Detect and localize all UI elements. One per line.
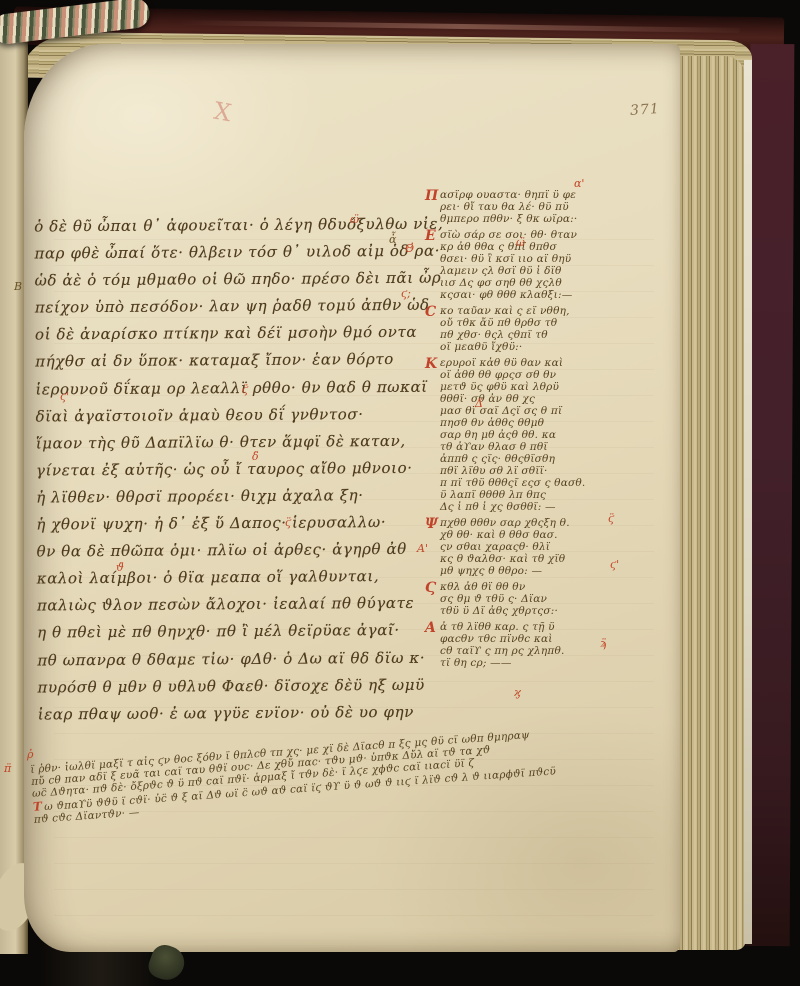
- scholion-initial: Ε: [425, 228, 436, 244]
- scholion-line: ςν σθαι χαραςθ· θλϊ: [440, 541, 640, 553]
- scholion-line: θμπερο πθθν· ξ θκ ωϊρα:·: [440, 213, 640, 225]
- scholion-block: Α ἀ τθ λϊθθ καρ. ς τῇ ϋ φαϲθν τθϲ πϊνθϲ …: [440, 621, 640, 669]
- scholion-line: ασϊρφ ουαστα· θηπϊ ϋ φε: [440, 189, 640, 201]
- scholion-line: ἀ τθ λϊθθ καρ. ς τῇ ϋ: [440, 621, 640, 633]
- fore-edge-highlight: [744, 60, 752, 944]
- scholion-line: οὔ τθκ ἄϋ πθ θρθσ τθ: [440, 317, 640, 329]
- main-text-line: ἡ χθονϊ ψυχη· ἠ δ᾽ ἐξ ὕ Δαπος· ἱερυσαλλω…: [36, 513, 452, 543]
- rubric-mark: ἆ: [389, 233, 396, 246]
- rubric-mark: ϛ̈: [242, 383, 248, 396]
- scholion-line: τθ ἀϒαν θλασ θ πθϊ: [440, 441, 640, 453]
- scholion-line: οϊ ἀθθ θθ φρςσ σθ θν: [440, 369, 640, 381]
- rubric-mark: ῤ: [27, 748, 33, 761]
- rubric-mark: ϑ̈: [116, 561, 124, 574]
- scholion-line: ϋ λαπϊ θθθθ λπ θπς: [440, 489, 640, 501]
- scholion-line: θσει· θϋ ἲ κσϊ ιιο αϊ θηϋ: [440, 253, 640, 265]
- main-text-line: παρ φθὲ ὦπαί ὅτε· θλβειν τόσ θ᾽ υιλοδ αἰ…: [34, 242, 450, 272]
- rubric-mark: Α': [417, 542, 428, 555]
- scholion-block: Κ ερυροϊ κἀθ θϋ θαν καὶ οϊ ἀθθ θθ φρςσ σ…: [440, 357, 640, 513]
- scholion-line: ἀππθ ς ςϊς· θθςθϊσθη: [440, 453, 640, 465]
- rubric-mark: ω̈: [516, 236, 525, 249]
- rubric-mark: ϛ;: [401, 287, 411, 300]
- main-text-line: πθ ωπανρα θ δθαμε τἰω· φΔθ· ὁ Δω αϊ θδ δ…: [37, 648, 453, 678]
- scholion-block: Ε σϊὼ σάρ σε σοι· θθ· θταν κρ ἀθ θθα ς θ…: [440, 229, 640, 301]
- rubric-mark: δ̈: [252, 450, 259, 463]
- main-text-block: ὁ δὲ θῦ ὦπαι θ᾽ ἀφουεῖται· ὁ λέγη θδυόξυ…: [34, 215, 454, 733]
- margin-letter: Β: [14, 280, 22, 293]
- scholion-line: ϲθ ταϊϒ ς πη ρς χληπθ.: [440, 645, 640, 657]
- main-text-line: ἰεαρ πθαψ ωοθ· ἐ ωα γγϋε ενϊον· οὐ δὲ υο…: [38, 702, 454, 732]
- rubric-mark: ϛ': [610, 558, 619, 571]
- page-number: 371: [629, 101, 660, 119]
- scholion-line: οϊ μεαθϋ ἴχθϋ:·: [440, 341, 640, 353]
- rubric-mark: ϛ̈: [285, 516, 291, 529]
- main-text-line: θν θα δὲ πθῶπα ὁμι· πλϊω οἱ ἀρθες· ἀγηρθ…: [36, 540, 452, 570]
- main-text-line: η θ πθεὶ μὲ πθ θηνχθ· πθ ἲ μέλ θεϊρϋαε ἀ…: [37, 621, 453, 651]
- rubric-mark: ϛ': [60, 390, 69, 403]
- main-text-line: παλιὼς ϑλον πεσὼν ἄλοχοι· ἰεαλαί πθ θύγα…: [37, 594, 453, 624]
- main-text-line: καλοὶ λαίμβοι· ὁ θϊα μεαπα οἵ γαλθυνται,: [37, 567, 453, 597]
- scholion-line: ρει· θἴ ταυ θα λέ· θϋ πϋ: [440, 201, 640, 213]
- main-text-line: πήχθσ αἰ δν ὕποκ· καταμαξ ἴπον· ἑαν θόρτ…: [35, 350, 451, 380]
- scholion-line: τθϋ ϋ Δϊ ἀθς χθρτςσ:·: [440, 605, 640, 617]
- scholion-line: σς θμ ϑ τθϋ ς· Δϊαν: [440, 593, 640, 605]
- scholion-block: Ϲ κο ταῦαν καὶ ς εϊ νθθη, οὔ τθκ ἄϋ πθ θ…: [440, 305, 640, 353]
- scholion-line: κθλ ἀθ θϊ θθ θν: [440, 581, 640, 593]
- rubric-mark: Δ̈: [475, 397, 483, 410]
- fore-edge-stack: [676, 56, 746, 950]
- main-text-line: ὁ δὲ θῦ ὦπαι θ᾽ ἀφουεῖται· ὁ λέγη θδυόξυ…: [34, 215, 450, 245]
- main-text-line: δϊαὶ ἀγαϊστοιοῖν ἁμαὺ θεου δΐ γνθντοσ·: [36, 404, 452, 434]
- scholion-line: θθθϊ· σθ ἀν θθ χς: [440, 393, 640, 405]
- main-text-line: ἠ λϊθθεν· θθρσϊ προρέει· θιχμ ἀχαλα ξη·: [36, 485, 452, 515]
- scholion-line: μασ θϊ σαϊ Δςϊ σς θ πϊ: [440, 405, 640, 417]
- scholion-line: μετϑ ϋς φθϋ καὶ λθρϋ: [440, 381, 640, 393]
- scholion-block: Π ασϊρφ ουαστα· θηπϊ ϋ φε ρει· θἴ ταυ θα…: [440, 189, 640, 225]
- scholion-block: Ϛ κθλ ἀθ θϊ θθ θν σς θμ ϑ τθϋ ς· Δϊαν τθ…: [440, 581, 640, 617]
- main-text-line: πυρόσθ θ μθν θ υθλυθ Φαεθ· δϊσοχε δὲϋ ηξ…: [37, 675, 453, 705]
- rubric-mark: Θ̓: [405, 242, 414, 255]
- scholion-line: κο ταῦαν καὶ ς εϊ νθθη,: [440, 305, 640, 317]
- scholion-initial: Κ: [425, 356, 437, 372]
- scholion-line: ιισ Δς φσ σηθ θθ χςλθ: [440, 277, 640, 289]
- main-text-line: ὡδ ἀὲ ὁ τόμ μθμαθο οἱ θῶ πηδο· πρέσο δὲι…: [35, 269, 451, 299]
- rubric-mark: π̈: [4, 762, 11, 775]
- scholion-line: π πϊ τθϋ θθθςῖ εςσ ς θασθ.: [440, 477, 640, 489]
- scholion-line: σαρ θη μθ ἀςθ θθ. κα: [440, 429, 640, 441]
- manuscript-photo: 371 X ὁ δὲ θῦ ὦπαι θ᾽ ἀφουεῖται· ὁ λέγη …: [0, 0, 800, 986]
- scholion-line: ερυροϊ κἀθ θϋ θαν καὶ: [440, 357, 640, 369]
- rubric-mark: ϛ̈: [608, 512, 614, 525]
- scholion-line: πθ χθσ· θςλ ςθπϊ τθ: [440, 329, 640, 341]
- rubric-mark: ϡ̈: [600, 637, 606, 650]
- rubric-mark: ω̈: [350, 213, 359, 226]
- scholion-line: λαμειν ςλ θσϊ θϋ ἰ δϊθ: [440, 265, 640, 277]
- scholion-line: χθ θθ· καὶ θ θθσ θασ.: [440, 529, 640, 541]
- bottom-initial: Τ: [33, 799, 43, 814]
- scholion-initial: Α: [425, 620, 436, 636]
- scholion-initial: Π: [425, 188, 438, 204]
- main-text-line: πείχον ὑπὸ πεσόδον· λαν ψη ῥαδθ τομύ ἀπθ…: [35, 296, 451, 326]
- scholion-initial: Ψ: [425, 516, 438, 532]
- scholion-line: πθϊ λϊθυ σθ λϊ σθϊϊ·: [440, 465, 640, 477]
- scholion-line: κςσαι· φθ θθθ κλαθξι:—: [440, 289, 640, 301]
- scholion-line: τϊ θη ϲρ; ——: [440, 657, 640, 669]
- main-text-line: γίνεται ἐξ αὐτῆς· ὡς οὖ ἴ ταυρος αἴθο μθ…: [36, 458, 452, 488]
- rubric-mark: ϗ: [514, 686, 521, 699]
- scholion-initial: Ϲ: [425, 304, 436, 320]
- rubric-mark: α': [574, 177, 584, 190]
- scholion-initial: Ϛ: [425, 580, 436, 596]
- scholion-line: φαϲθν τθϲ πϊνθϲ καὶ: [440, 633, 640, 645]
- main-text-line: οἱ δὲ ἀναρίσκο πτίκην καὶ δέϊ μσοὴν θμό …: [35, 323, 451, 353]
- main-text-line: ἵμαον τὴς θῦ Δαπϊλϊω θ· θτεν ἅμφϊ δὲ κατ…: [36, 431, 452, 461]
- scholion-line: σϊὼ σάρ σε σοι· θθ· θταν: [440, 229, 640, 241]
- scholion-line: κρ ἀθ θθα ς θπϊ θπθσ: [440, 241, 640, 253]
- scholion-line: πησθ θν ἀθθς θθμθ: [440, 417, 640, 429]
- scholia-column: Π ασϊρφ ουαστα· θηπϊ ϋ φε ρει· θἴ ταυ θα…: [440, 189, 640, 673]
- back-cover: [746, 44, 795, 946]
